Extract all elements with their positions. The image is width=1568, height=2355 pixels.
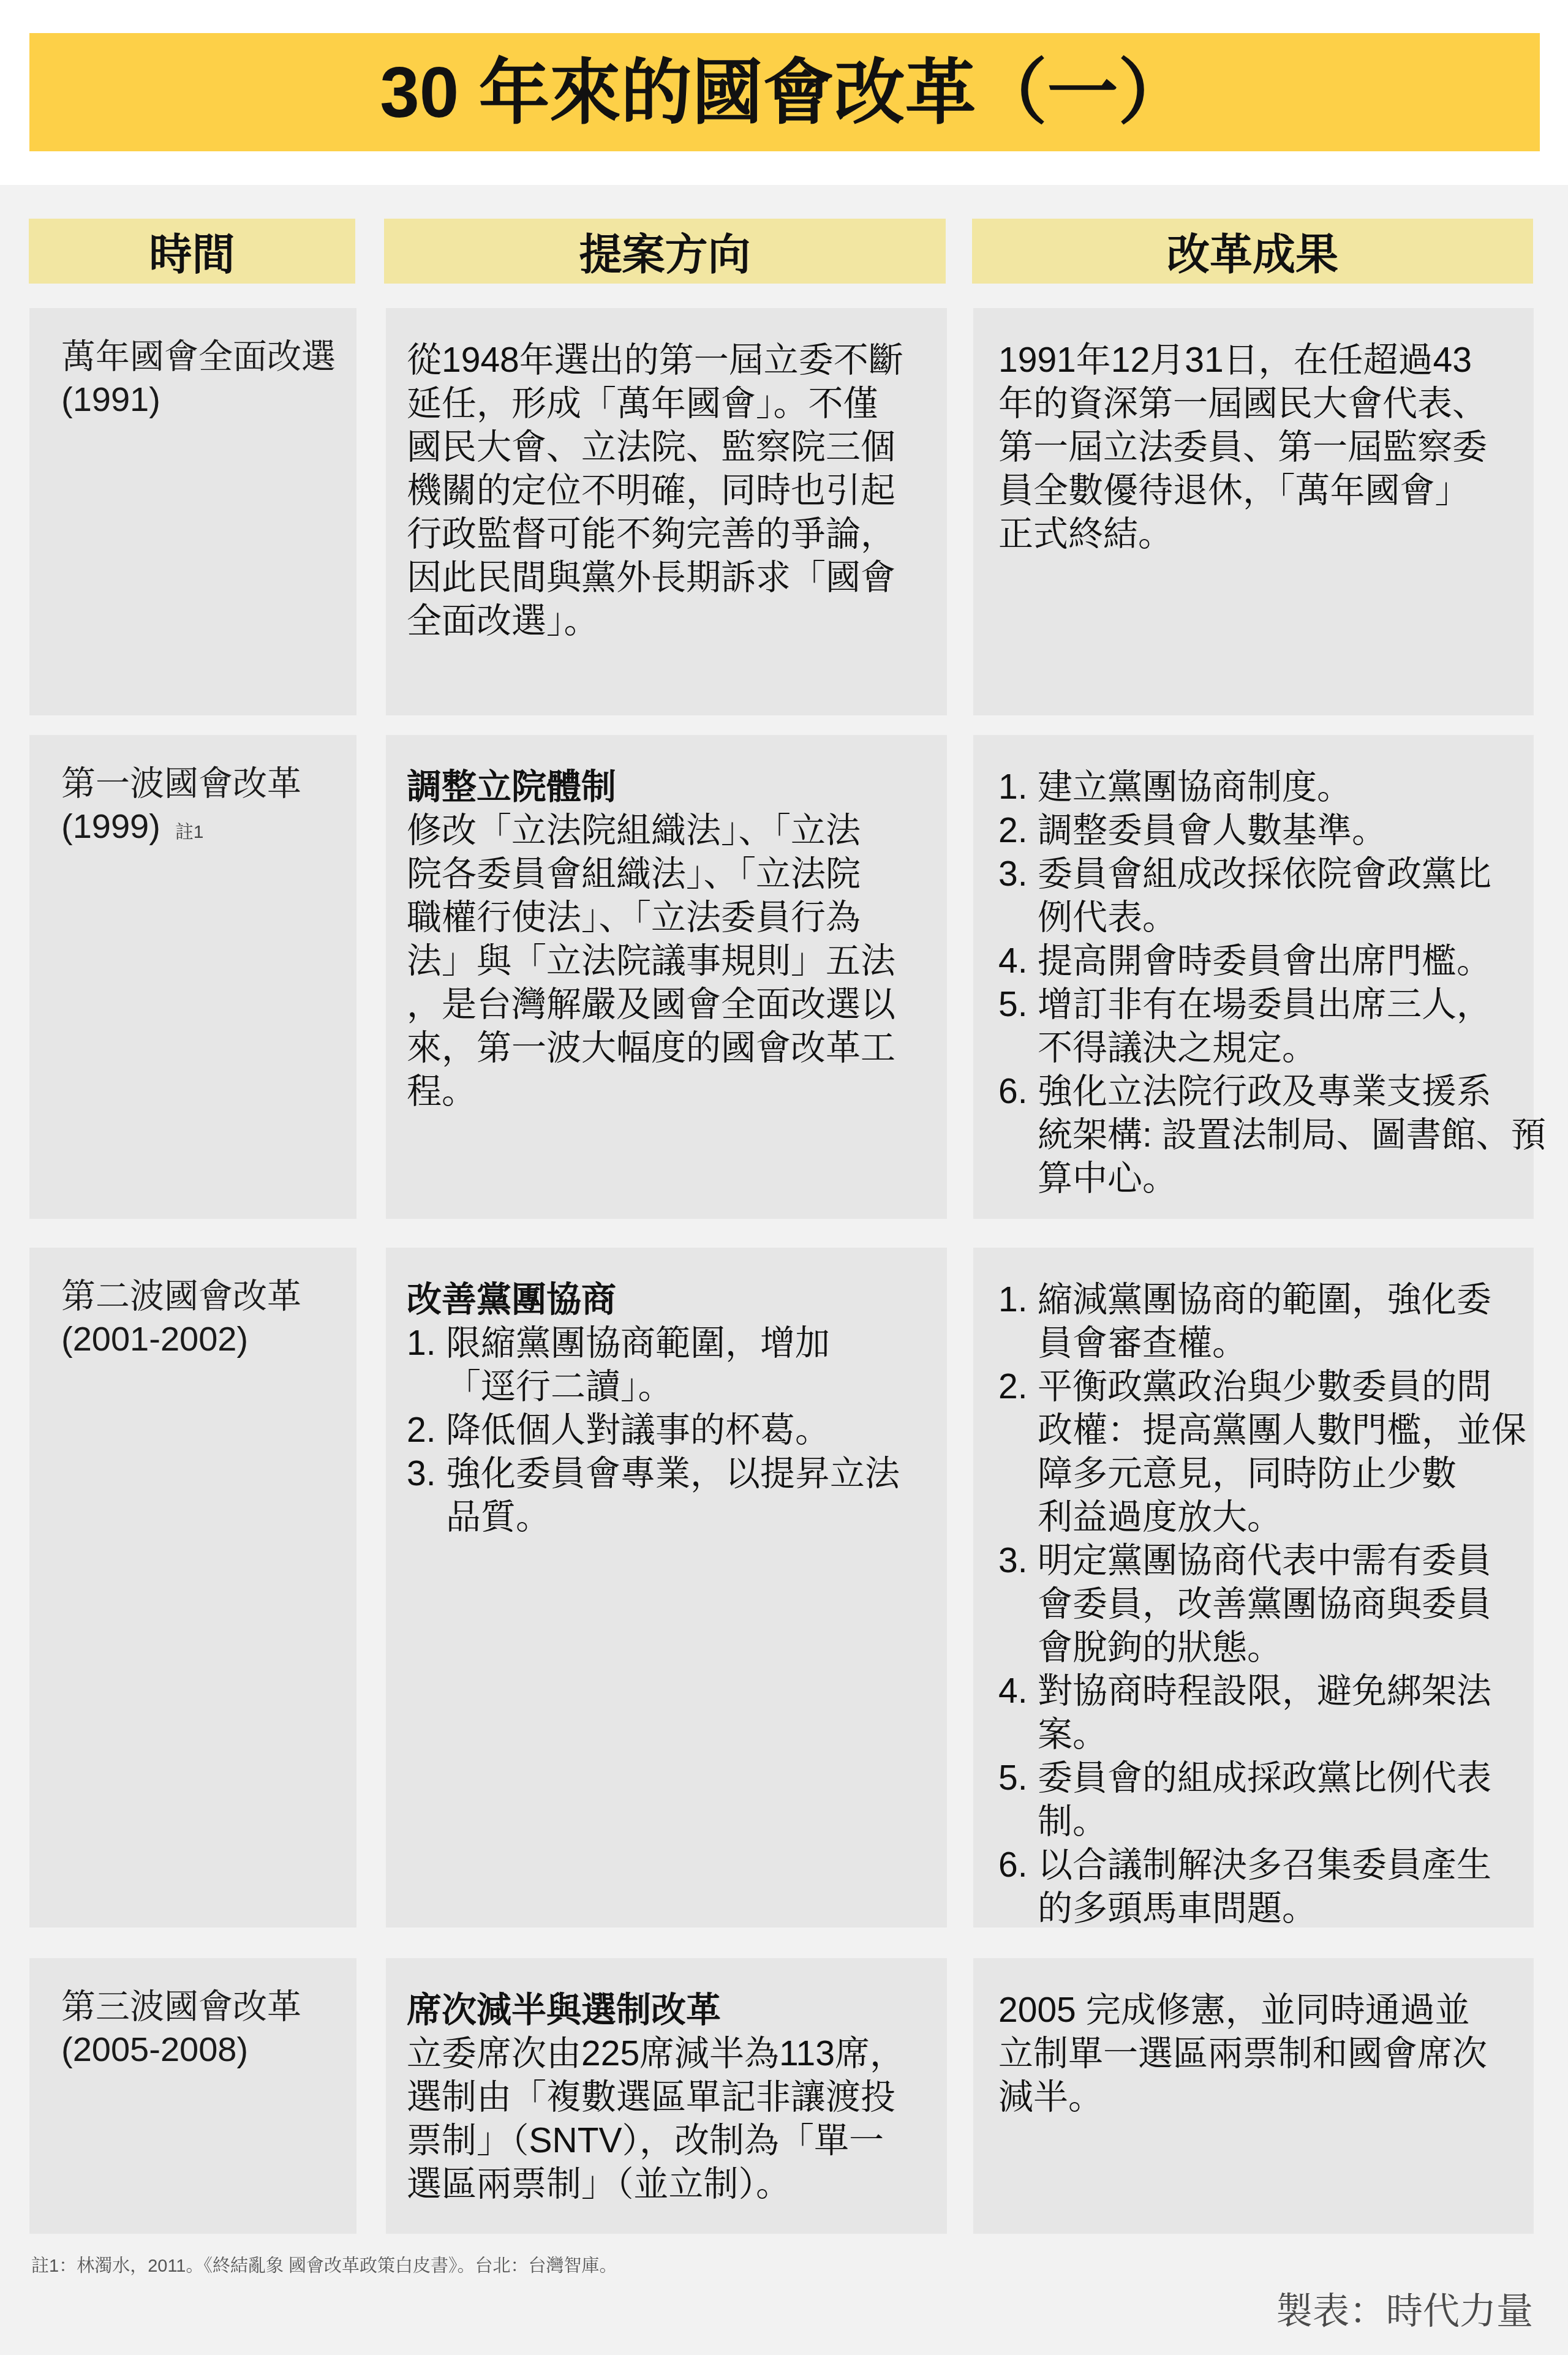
- list-line: 平衡政黨政治與少數委員的問: [1038, 1365, 1534, 1409]
- proposal-line: 選制由「複數選區單記非讓渡投: [407, 2076, 947, 2119]
- list-number: 2.: [998, 1365, 1028, 1409]
- proposal-heading: 調整立院體制: [407, 766, 947, 809]
- proposal-cell: 調整立院體制 修改「立法院組織法」、「立法 院各委員會組織法」、「立法院 職權行…: [386, 735, 947, 1219]
- list-line: 統架構: 設置法制局、圖書館、預: [1038, 1113, 1534, 1157]
- list-item: 3. 強化委員會專業，以提昇立法 品質。: [407, 1452, 947, 1539]
- result-line: 正式終結。: [998, 513, 1534, 556]
- time-year: (1991): [61, 378, 356, 421]
- list-number: 3.: [998, 1539, 1028, 1583]
- time-year-row: (1999)註1: [61, 805, 356, 854]
- list-line: 委員會組成改採依院會政黨比: [1038, 853, 1534, 896]
- list-line: 對協商時程設限，避免綁架法: [1038, 1670, 1534, 1713]
- list-line: 強化委員會專業，以提昇立法: [446, 1452, 947, 1496]
- list-line: 提高開會時委員會出席門檻。: [1038, 940, 1534, 983]
- proposal-line: ，是台灣解嚴及國會全面改選以: [407, 983, 947, 1027]
- proposal-cell: 改善黨團協商 1. 限縮黨團協商範圍，增加 「逕行二讀」。 2. 降低個人對議事…: [386, 1248, 947, 1927]
- list-item: 1. 縮減黨團協商的範圍，強化委 員會審查權。: [998, 1278, 1534, 1365]
- list-line: 案。: [1038, 1713, 1534, 1757]
- proposal-line: 全面改選」。: [407, 600, 947, 643]
- list-number: 2.: [998, 809, 1028, 853]
- list-number: 2.: [407, 1409, 436, 1452]
- proposal-line: 國民大會、立法院、監察院三個: [407, 426, 947, 469]
- list-line: 算中心。: [1038, 1157, 1534, 1200]
- credit-label: 製表：時代力量: [1276, 2289, 1533, 2334]
- list-number: 6.: [998, 1844, 1028, 1887]
- time-label: 萬年國會全面改選: [61, 335, 356, 378]
- result-cell: 1991年12月31日，在任超過43 年的資深第一屆國民大會代表、 第一屆立法委…: [973, 308, 1534, 715]
- list-line: 委員會的組成採政黨比例代表: [1038, 1757, 1534, 1800]
- list-item: 1. 建立黨團協商制度。: [998, 766, 1534, 809]
- list-line: 障多元意見，同時防止少數: [1038, 1452, 1534, 1496]
- list-number: 5.: [998, 983, 1028, 1027]
- list-line: 會脫鉤的狀態。: [1038, 1626, 1534, 1670]
- time-cell: 第二波國會改革 (2001-2002): [29, 1248, 356, 1927]
- proposal-heading: 改善黨團協商: [407, 1278, 947, 1322]
- result-line: 1991年12月31日，在任超過43: [998, 339, 1534, 382]
- title-banner: 30 年來的國會改革（一）: [29, 33, 1540, 151]
- list-number: 4.: [998, 1670, 1028, 1713]
- list-line: 利益過度放大。: [1038, 1496, 1534, 1539]
- footnote-ref: 註1: [175, 822, 204, 842]
- list-item: 6. 以合議制解決多召集委員產生 的多頭馬車問題。: [998, 1844, 1534, 1931]
- column-header-proposal: 提案方向: [384, 219, 946, 284]
- list-item: 5. 增訂非有在場委員出席三人， 不得議決之規定。: [998, 983, 1534, 1070]
- list-item: 3. 明定黨團協商代表中需有委員 會委員，改善黨團協商與委員 會脫鉤的狀態。: [998, 1539, 1534, 1670]
- time-year: (2005-2008): [61, 2028, 356, 2071]
- proposal-line: 程。: [407, 1070, 947, 1113]
- time-cell: 第三波國會改革 (2005-2008): [29, 1958, 356, 2234]
- column-header-result: 改革成果: [972, 219, 1533, 284]
- list-line: 會委員，改善黨團協商與委員: [1038, 1583, 1534, 1626]
- list-item: 3. 委員會組成改採依院會政黨比 例代表。: [998, 853, 1534, 940]
- list-item: 2. 平衡政黨政治與少數委員的問 政權：提高黨團人數門檻，並保 障多元意見，同時…: [998, 1365, 1534, 1539]
- list-line: 降低個人對議事的杯葛。: [446, 1409, 947, 1452]
- proposal-line: 因此民間與黨外長期訴求「國會: [407, 556, 947, 600]
- list-line: 例代表。: [1038, 896, 1534, 940]
- list-item: 1. 限縮黨團協商範圍，增加 「逕行二讀」。: [407, 1322, 947, 1409]
- list-line: 員會審查權。: [1038, 1322, 1534, 1365]
- result-cell: 2005 完成修憲，並同時通過並 立制單一選區兩票制和國會席次 減半。: [973, 1958, 1534, 2234]
- list-line: 強化立法院行政及專業支援系: [1038, 1070, 1534, 1113]
- list-number: 1.: [407, 1322, 436, 1365]
- proposal-line: 延任，形成「萬年國會」。不僅: [407, 382, 947, 426]
- proposal-line: 法」與「立法院議事規則」五法: [407, 940, 947, 983]
- proposal-heading: 席次減半與選制改革: [407, 1989, 947, 2032]
- result-line: 第一屆立法委員、第一屆監察委: [998, 426, 1534, 469]
- list-item: 4. 提高開會時委員會出席門檻。: [998, 940, 1534, 983]
- proposal-line: 行政監督可能不夠完善的爭論，: [407, 513, 947, 556]
- result-cell: 1. 縮減黨團協商的範圍，強化委 員會審查權。 2. 平衡政黨政治與少數委員的問…: [973, 1248, 1534, 1927]
- list-line: 明定黨團協商代表中需有委員: [1038, 1539, 1534, 1583]
- time-label: 第一波國會改革: [61, 762, 356, 805]
- time-label: 第三波國會改革: [61, 1985, 356, 2028]
- time-label: 第二波國會改革: [61, 1275, 356, 1317]
- result-line: 年的資深第一屆國民大會代表、: [998, 382, 1534, 426]
- list-number: 6.: [998, 1070, 1028, 1113]
- list-line: 以合議制解決多召集委員產生: [1038, 1844, 1534, 1887]
- footnote: 註1：林濁水，2011。《終結亂象 國會改革政策白皮書》。台北：台灣智庫。: [31, 2255, 617, 2277]
- proposal-line: 立委席次由225席減半為113席，: [407, 2032, 947, 2076]
- list-item: 2. 調整委員會人數基準。: [998, 809, 1534, 853]
- time-year: (1999): [61, 807, 160, 845]
- proposal-line: 來，第一波大幅度的國會改革工: [407, 1027, 947, 1070]
- proposal-line: 選區兩票制」（並立制）。: [407, 2163, 947, 2206]
- list-line: 品質。: [446, 1496, 947, 1539]
- proposal-line: 修改「立法院組織法」、「立法: [407, 809, 947, 853]
- column-header-time: 時間: [29, 219, 355, 284]
- list-line: 「逕行二讀」。: [446, 1365, 947, 1409]
- list-line: 增訂非有在場委員出席三人，: [1038, 983, 1534, 1027]
- page-title: 30 年來的國會改革（一）: [380, 57, 1189, 128]
- list-line: 的多頭馬車問題。: [1038, 1887, 1534, 1931]
- result-cell: 1. 建立黨團協商制度。 2. 調整委員會人數基準。 3. 委員會組成改採依院會…: [973, 735, 1534, 1219]
- list-number: 1.: [998, 1278, 1028, 1322]
- list-number: 3.: [998, 853, 1028, 896]
- list-line: 縮減黨團協商的範圍，強化委: [1038, 1278, 1534, 1322]
- time-cell: 第一波國會改革 (1999)註1: [29, 735, 356, 1219]
- list-line: 政權：提高黨團人數門檻，並保: [1038, 1409, 1534, 1452]
- list-line: 建立黨團協商制度。: [1038, 766, 1534, 809]
- list-number: 1.: [998, 766, 1028, 809]
- proposal-line: 機關的定位不明確，同時也引起: [407, 469, 947, 513]
- list-line: 不得議決之規定。: [1038, 1027, 1534, 1070]
- list-number: 4.: [998, 940, 1028, 983]
- time-year: (2001-2002): [61, 1317, 356, 1360]
- list-item: 4. 對協商時程設限，避免綁架法 案。: [998, 1670, 1534, 1757]
- result-line: 減半。: [998, 2076, 1534, 2119]
- proposal-line: 從1948年選出的第一屆立委不斷: [407, 339, 947, 382]
- list-line: 調整委員會人數基準。: [1038, 809, 1534, 853]
- proposal-line: 票制」（SNTV），改制為「單一: [407, 2119, 947, 2163]
- list-number: 3.: [407, 1452, 436, 1496]
- proposal-line: 職權行使法」、「立法委員行為: [407, 896, 947, 940]
- list-item: 2. 降低個人對議事的杯葛。: [407, 1409, 947, 1452]
- result-line: 員全數優待退休，「萬年國會」: [998, 469, 1534, 513]
- result-line: 2005 完成修憲，並同時通過並: [998, 1989, 1534, 2032]
- proposal-cell: 從1948年選出的第一屆立委不斷 延任，形成「萬年國會」。不僅 國民大會、立法院…: [386, 308, 947, 715]
- proposal-line: 院各委員會組織法」、「立法院: [407, 853, 947, 896]
- list-number: 5.: [998, 1757, 1028, 1800]
- list-line: 制。: [1038, 1800, 1534, 1844]
- proposal-cell: 席次減半與選制改革 立委席次由225席減半為113席， 選制由「複數選區單記非讓…: [386, 1958, 947, 2234]
- list-item: 6. 強化立法院行政及專業支援系 統架構: 設置法制局、圖書館、預 算中心。: [998, 1070, 1534, 1200]
- result-line: 立制單一選區兩票制和國會席次: [998, 2032, 1534, 2076]
- time-cell: 萬年國會全面改選 (1991): [29, 308, 356, 715]
- list-line: 限縮黨團協商範圍，增加: [446, 1322, 947, 1365]
- list-item: 5. 委員會的組成採政黨比例代表 制。: [998, 1757, 1534, 1844]
